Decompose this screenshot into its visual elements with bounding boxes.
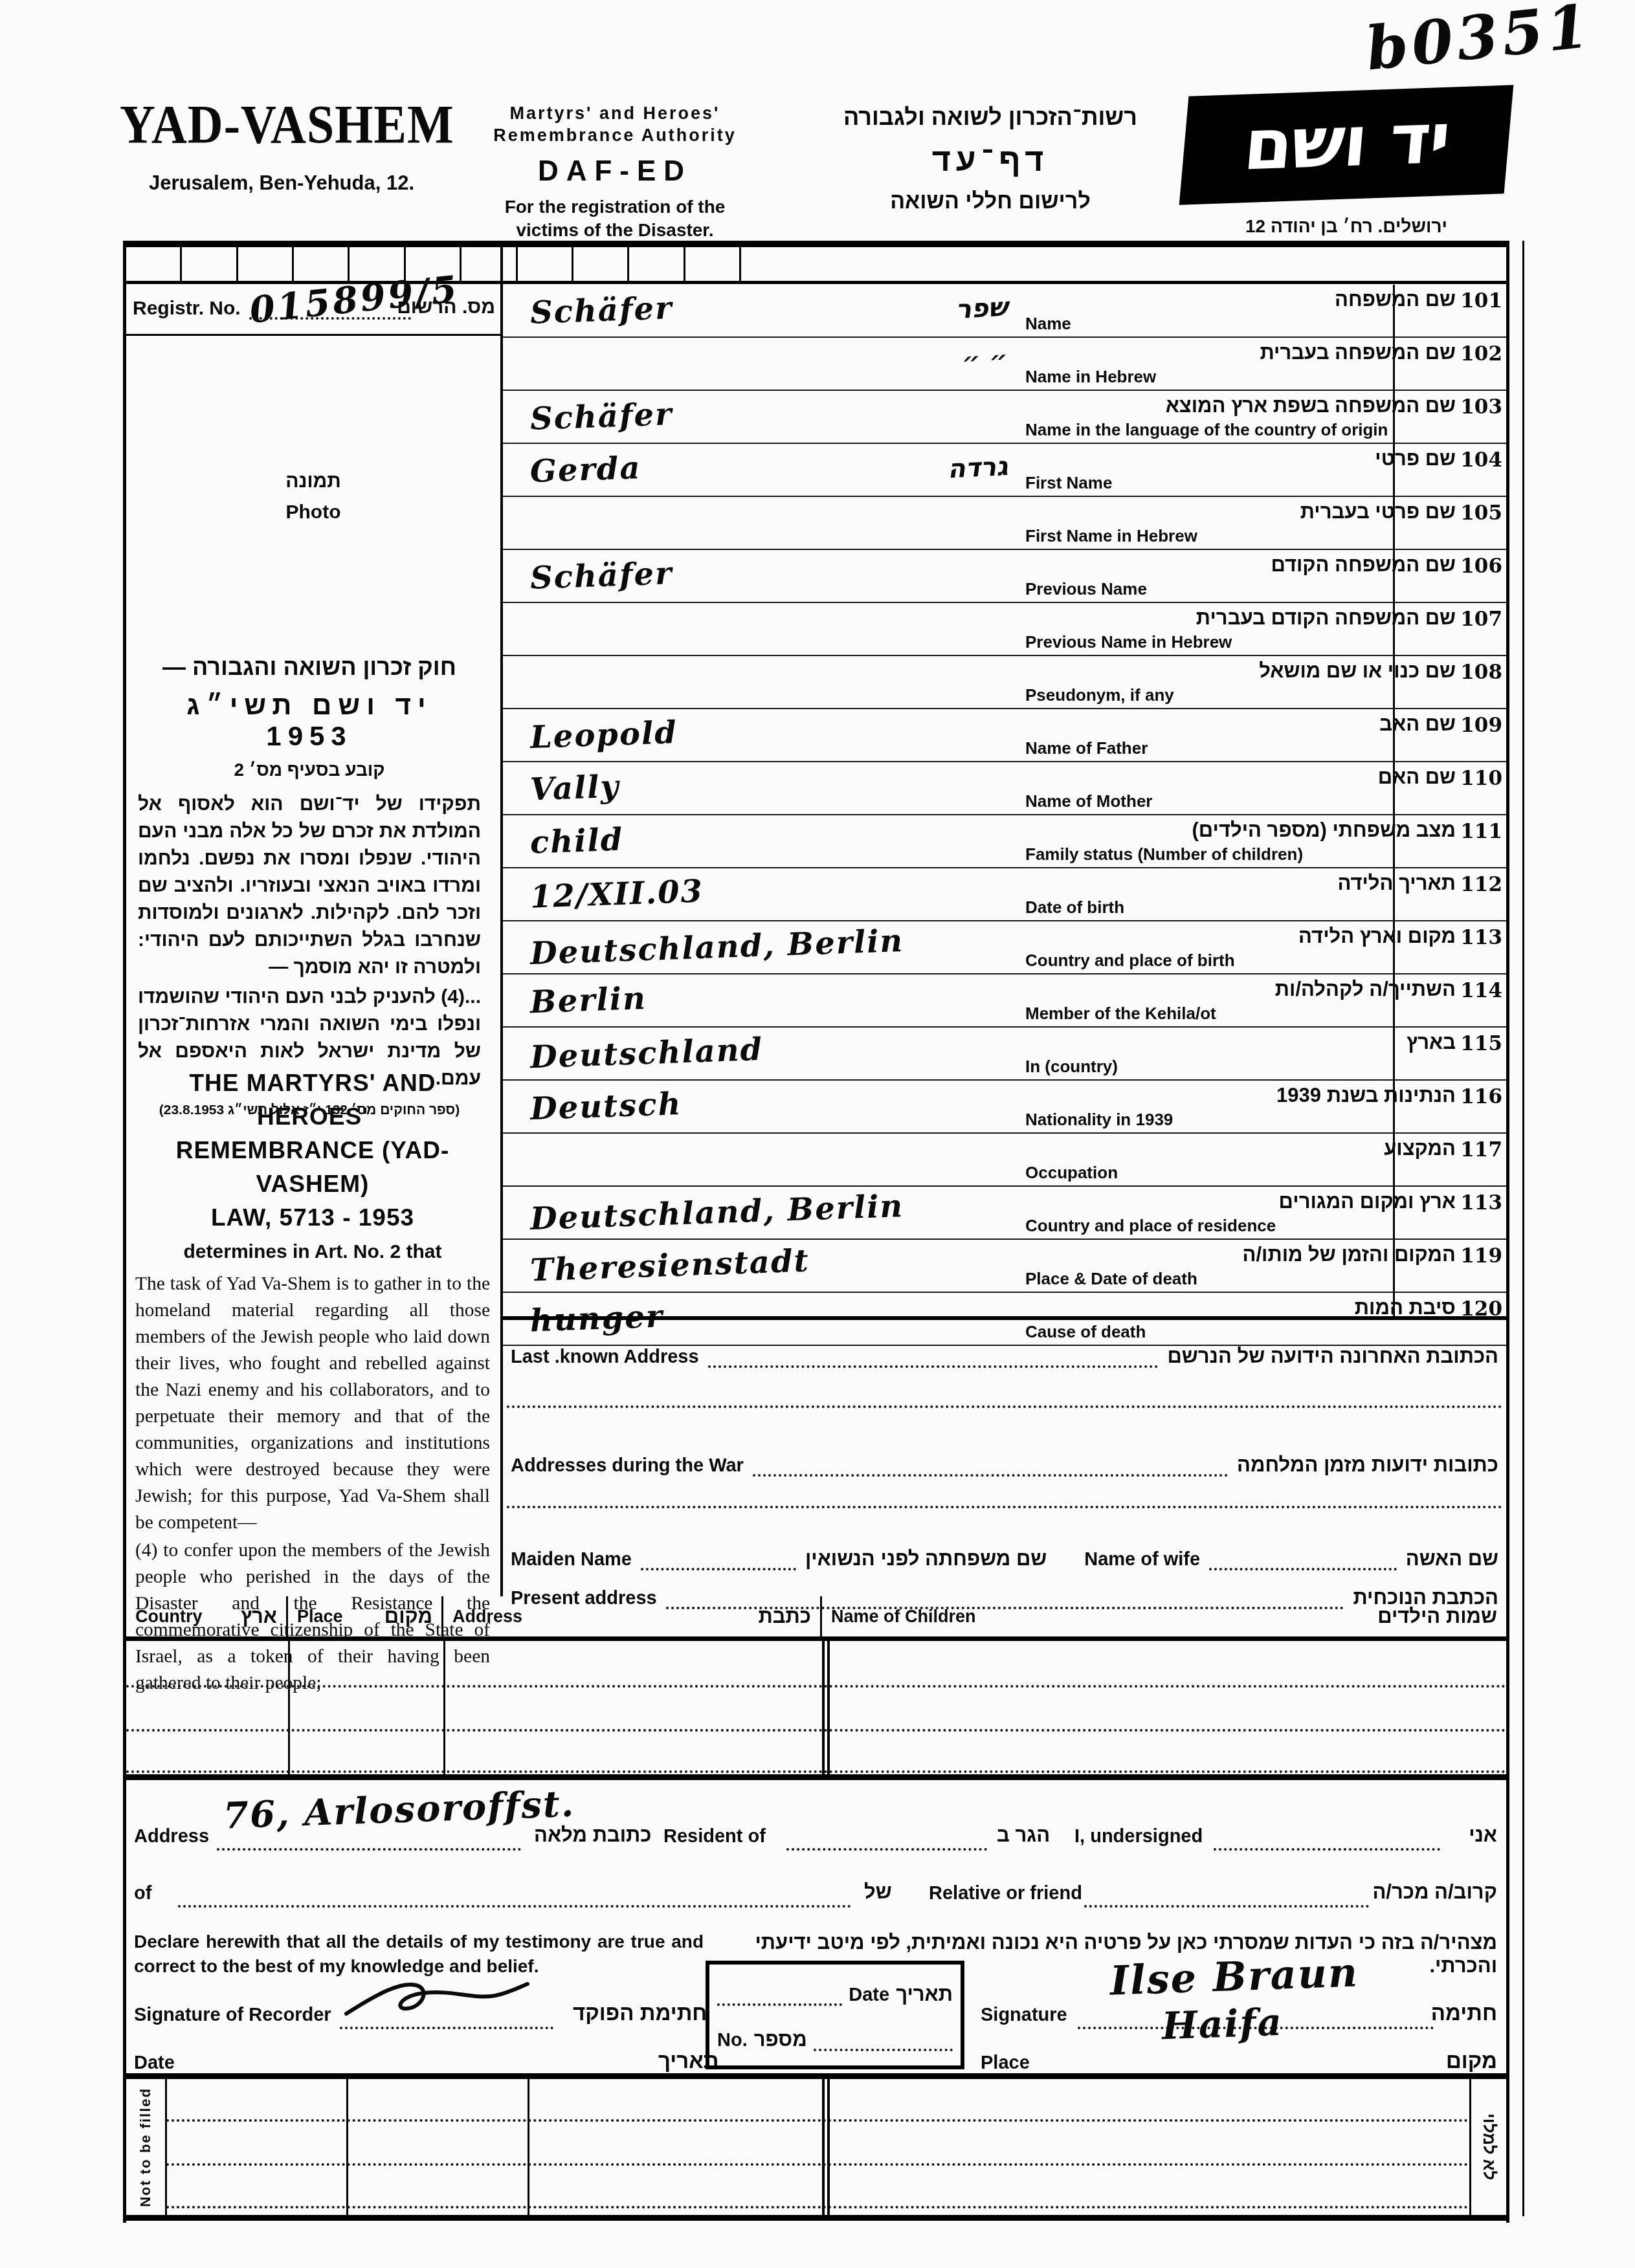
field-label-english: Place & Date of death <box>1025 1269 1197 1289</box>
recorder-date-blank <box>204 2053 651 2076</box>
field-handwritten-value: Theresienstadt <box>529 1242 810 1288</box>
field-label-english: Previous Name in Hebrew <box>1025 632 1232 652</box>
children-column-header-1: Placeמקום <box>288 1596 443 1636</box>
field-label-hebrew: שם המשפחה הקודם <box>1271 553 1456 577</box>
war-addresses-row: Addresses during the War כתובות ידועות מ… <box>503 1438 1506 1477</box>
address-blank <box>217 1826 521 1851</box>
field-number: 111 <box>1460 820 1502 843</box>
field-rows: שם המשפחה101NameSchäferשפרשם המשפחה בעבר… <box>503 285 1506 1346</box>
authority-block-english: Martyrs' and Heroes' Remembrance Authori… <box>466 102 764 242</box>
field-row-117-16: המקצוע117Occupation <box>503 1134 1506 1187</box>
field-number: 101 <box>1460 289 1502 313</box>
field-label-hebrew: בארץ <box>1407 1031 1456 1054</box>
relative-or-friend-label-he: קרוב/ה מכר/ה <box>1372 1880 1497 1904</box>
field-handwritten-value-hebrew: גרדה <box>852 452 1008 489</box>
of-label-he: של <box>864 1880 892 1904</box>
children-column-label-he: מקום <box>384 1605 432 1628</box>
field-handwritten-value: Schäfer <box>529 396 673 437</box>
field-handwritten-value-hebrew <box>852 664 1008 672</box>
field-number: 104 <box>1460 448 1502 472</box>
witness-signature-label-he: חתימה <box>1431 2001 1497 2025</box>
org-block: YAD-VASHEM Jerusalem, Ben-Yehuda, 12. <box>120 97 443 195</box>
field-label-english: Name in the language of the country of o… <box>1025 420 1388 440</box>
office-use-grid: Not to be filled לא למלוי <box>126 2073 1506 2221</box>
recorder-signature-label-en: Signature of Recorder <box>134 2005 331 2026</box>
grid-column-double-line <box>822 2079 830 2215</box>
recorder-date-label-en: Date <box>134 2053 175 2074</box>
field-label-english: Country and place of residence <box>1025 1216 1276 1236</box>
divider <box>126 1774 1506 1780</box>
place-handwritten-value: Haifa <box>1161 2000 1284 2048</box>
recorder-signature-label-he: חתימת הפוקד <box>573 2001 707 2025</box>
field-handwritten-value: Deutschland <box>529 1031 764 1076</box>
address-label-en: Address <box>134 1826 209 1847</box>
resident-of-label-he: הגר ב <box>997 1823 1050 1847</box>
outer-border-line <box>1522 241 1524 2216</box>
field-handwritten-value-hebrew <box>852 1141 1008 1150</box>
field-label-hebrew: מצב משפחתי (מספר הילדים) <box>1192 819 1456 842</box>
law-he-title2: יד ושם תשי״ג 1953 <box>138 690 481 752</box>
children-column-label-en: Address <box>452 1607 522 1627</box>
children-column-header-3: Name of Childrenשמות הילדים <box>822 1596 1506 1636</box>
field-handwritten-value: Berlin <box>529 980 647 1020</box>
children-column-label-en: Country <box>135 1607 203 1627</box>
yad-vashem-logo-block: יד ושם ירושלים. רח׳ בן יהודה 12 <box>1185 91 1508 247</box>
authority-hebrew: רשות־הזכרון לשואה ולגבורה <box>809 104 1172 131</box>
field-label-hebrew: מקום וארץ הלידה <box>1298 925 1456 948</box>
field-number: 103 <box>1460 395 1502 419</box>
divider <box>126 1636 1506 1641</box>
last-known-address-label-he: הכתובת האחרונה הידועה של הנרשם <box>1167 1345 1498 1368</box>
field-number: 115 <box>1460 1032 1502 1055</box>
purpose-line2: victims of the Disaster. <box>466 219 764 242</box>
org-name: YAD-VASHEM <box>120 94 443 157</box>
children-column-double-line <box>822 1641 830 1774</box>
field-label-english: Country and place of birth <box>1025 951 1235 971</box>
witness-signature-label-en: Signature <box>981 2005 1067 2026</box>
children-row-line <box>126 1770 1506 1773</box>
grid-row-line <box>166 2163 1469 2166</box>
undersigned-label-en: I, undersigned <box>1074 1826 1203 1847</box>
form-code-english: DAF-ED <box>466 155 764 188</box>
field-label-english: In (country) <box>1025 1057 1118 1077</box>
last-known-address-row: Last .known Address הכתובת האחרונה הידוע… <box>503 1329 1506 1368</box>
office-date-label-en: Date <box>849 1985 889 2006</box>
field-row-113-12: מקום וארץ הלידה113Country and place of b… <box>503 921 1506 974</box>
org-address: Jerusalem, Ben-Yehuda, 12. <box>120 171 443 195</box>
field-row-113-17: ארץ ומקום המגורים113Country and place of… <box>503 1187 1506 1240</box>
authority-line2: Remembrance Authority <box>466 124 764 146</box>
field-label-english: Family status (Number of children) <box>1025 844 1303 864</box>
field-label-hebrew: השתייך/ה לקהלה/ות <box>1275 978 1456 1001</box>
place-label-en: Place <box>981 2053 1030 2074</box>
field-label-hebrew: שם המשפחה הקודם בעברית <box>1196 606 1456 630</box>
field-number: 113 <box>1460 926 1502 949</box>
law-en-title1: THE MARTYRS' AND HEROES' <box>135 1066 490 1134</box>
place-blank <box>1065 2053 1434 2076</box>
office-date-blank <box>717 1981 842 2006</box>
witness-signature-handwritten: Ilse Braun <box>1109 1948 1359 2004</box>
divider <box>503 1316 1506 1320</box>
field-label-hebrew: המקום והזמן של מותו/ה <box>1242 1243 1456 1266</box>
maiden-name-label-he: שם משפחתה לפני הנשואין <box>805 1547 1047 1570</box>
children-column-line <box>288 1641 290 1774</box>
field-handwritten-value-hebrew <box>852 1088 1008 1097</box>
field-handwritten-value: child <box>529 822 624 861</box>
field-handwritten-value: Deutsch <box>529 1086 682 1127</box>
children-column-label-he: כתבת <box>759 1605 812 1628</box>
maiden-name-label-en: Maiden Name <box>511 1549 632 1570</box>
corner-handwritten-number: b0351 <box>1363 0 1635 84</box>
field-label-hebrew: שם המשפחה <box>1335 288 1456 311</box>
law-he-subtitle: קובע בסעיף מס׳ 2 <box>138 760 481 780</box>
not-to-be-filled-label-en: Not to be filled <box>137 2087 154 2207</box>
photo-box: תמונה Photo <box>126 470 500 523</box>
office-no-blank <box>814 2027 953 2051</box>
photo-label-hebrew: תמונה <box>126 470 500 492</box>
last-known-address-label-en: Last .known Address <box>511 1347 699 1368</box>
field-label-english: First Name in Hebrew <box>1025 526 1197 546</box>
testimony-form: Registr. No. מס. הרשום 015899/5 תמונה Ph… <box>123 241 1509 2223</box>
law-he-title1: חוק זכרון השואה והגבורה — <box>138 654 481 681</box>
field-label-hebrew: שם פרטי <box>1375 447 1456 470</box>
field-label-hebrew: שם כנוי או שם מושאל <box>1259 659 1456 683</box>
field-handwritten-value-hebrew <box>852 1301 1008 1309</box>
field-number: 106 <box>1460 555 1502 578</box>
field-handwritten-value-hebrew <box>852 1248 1008 1256</box>
field-handwritten-value: Deutschland, Berlin <box>529 1188 904 1237</box>
field-handwritten-value-hebrew: שפר <box>852 292 1008 330</box>
undersigned-blank <box>1214 1826 1440 1851</box>
recorder-signature-blank <box>340 2005 553 2029</box>
place-label-he: מקום <box>1446 2049 1497 2073</box>
field-number: 107 <box>1460 608 1502 631</box>
yad-vashem-logo: יד ושם <box>1179 85 1514 204</box>
field-row-112-11: תאריך הלידה112Date of birth12/XII.03 <box>503 868 1506 921</box>
not-to-be-filled-cell-he: לא למלוי <box>1469 2079 1506 2215</box>
children-column-header-2: Addressכתבת <box>443 1596 822 1636</box>
war-addresses-label-he: כתובות ידועות מזמן המלחמה <box>1237 1453 1498 1477</box>
field-handwritten-value: Vally <box>529 769 620 808</box>
purpose-line1: For the registration of the <box>466 195 764 219</box>
of-label-en: of <box>134 1883 151 1904</box>
maiden-name-blank <box>641 1543 796 1570</box>
field-row-103-2: שם המשפחה בשפת ארץ המוצא103Name in the l… <box>503 391 1506 444</box>
wife-name-label-en: Name of wife <box>1084 1549 1200 1570</box>
field-label-hebrew: הנתינות בשנת 1939 <box>1276 1084 1456 1107</box>
office-no-label-he: מספר <box>754 2028 807 2051</box>
field-number: 114 <box>1460 979 1502 1002</box>
field-handwritten-value-hebrew <box>852 770 1008 778</box>
field-handwritten-value-hebrew <box>852 558 1008 566</box>
registration-number-handwritten: 015899/5 <box>247 267 461 332</box>
children-row-line <box>126 1729 1506 1732</box>
field-number: 109 <box>1460 714 1502 737</box>
field-number: 102 <box>1460 342 1502 366</box>
field-label-hebrew: שם האם <box>1378 765 1456 789</box>
law-text-hebrew: חוק זכרון השואה והגבורה — יד ושם תשי״ג 1… <box>138 654 481 1118</box>
field-row-114-13: השתייך/ה לקהלה/ות114Member of the Kehila… <box>503 974 1506 1028</box>
children-column-line <box>443 1641 445 1774</box>
field-row-102-1: שם המשפחה בעברית102Name in Hebrew״ ״ <box>503 338 1506 391</box>
relative-or-friend-label-en: Relative or friend <box>929 1883 1082 1904</box>
left-column: Registr. No. מס. הרשום 015899/5 תמונה Ph… <box>126 247 503 1596</box>
field-number: 105 <box>1460 501 1502 525</box>
maiden-name-row: Maiden Name שם משפחתה לפני הנשואין Name … <box>503 1532 1506 1570</box>
field-row-107-6: שם המשפחה הקודם בעברית107Previous Name i… <box>503 603 1506 656</box>
office-no-label-en: No. <box>717 2030 748 2051</box>
field-label-hebrew: ארץ ומקום המגורים <box>1279 1190 1456 1213</box>
field-label-english: First Name <box>1025 473 1112 493</box>
photo-label-english: Photo <box>126 501 500 523</box>
field-label-english: Name <box>1025 314 1071 334</box>
field-label-english: Pseudonym, if any <box>1025 685 1174 705</box>
address-label-he: כתובת מלאה <box>534 1823 652 1847</box>
wife-name-label-he: שם האשה <box>1406 1547 1498 1570</box>
field-label-hebrew: שם האב <box>1379 712 1456 736</box>
purpose-hebrew: לרישום חללי השואה <box>809 189 1172 214</box>
field-number: 108 <box>1460 661 1502 684</box>
field-handwritten-value-hebrew <box>852 982 1008 991</box>
field-label-english: Name of Mother <box>1025 791 1152 811</box>
field-row-101-0: שם המשפחה101NameSchäferשפר <box>503 285 1506 338</box>
field-label-english: Name of Father <box>1025 738 1148 758</box>
grid-row-line <box>166 2206 1469 2208</box>
children-column-label-he: שמות הילדים <box>1377 1605 1497 1628</box>
field-row-116-15: הנתינות בשנת 1939116Nationality in 1939D… <box>503 1081 1506 1134</box>
field-label-hebrew: שם פרטי בעברית <box>1300 500 1456 523</box>
field-number: 110 <box>1460 767 1502 790</box>
war-addresses-label-en: Addresses during the War <box>511 1455 744 1477</box>
declaration-statement-en: Declare herewith that all the details of… <box>134 1930 704 1979</box>
field-label-hebrew: המקצוע <box>1384 1137 1456 1160</box>
registration-label-en: Registr. No. <box>133 298 241 320</box>
law-en-title2: REMEMBRANCE (YAD-VASHEM) <box>135 1134 490 1201</box>
field-label-english: Name in Hebrew <box>1025 367 1156 387</box>
field-label-hebrew: שם המשפחה בשפת ארץ המוצא <box>1166 394 1456 417</box>
field-handwritten-value-hebrew <box>852 823 1008 831</box>
children-column-label-he: ארץ <box>241 1605 277 1628</box>
field-number: 119 <box>1460 1244 1502 1268</box>
field-label-english: Occupation <box>1025 1163 1118 1183</box>
law-en-subtitle: determines in Art. No. 2 that <box>135 1241 490 1263</box>
field-handwritten-value: Schäfer <box>529 555 673 597</box>
field-handwritten-value-hebrew <box>852 717 1008 725</box>
office-date-label-he: תאריך <box>896 1983 953 2006</box>
field-handwritten-value-hebrew: ״ ״ <box>852 346 1008 383</box>
grid-row-line <box>166 2119 1469 2122</box>
resident-of-label-en: Resident of <box>663 1826 766 1847</box>
field-handwritten-value-hebrew <box>852 876 1008 885</box>
wife-name-blank <box>1209 1543 1397 1570</box>
field-row-119-18: המקום והזמן של מותו/ה119Place & Date of … <box>503 1240 1506 1293</box>
law-en-title3: LAW, 5713 - 1953 <box>135 1201 490 1235</box>
field-label-english: Member of the Kehila/ot <box>1025 1004 1216 1024</box>
field-label-hebrew: שם המשפחה בעברית <box>1260 341 1456 364</box>
resident-of-blank <box>786 1826 987 1851</box>
field-row-108-7: שם כנוי או שם מושאל108Pseudonym, if any <box>503 656 1506 709</box>
relative-or-friend-blank <box>1084 1883 1369 1908</box>
authority-block-hebrew: רשות־הזכרון לשואה ולגבורה דף־עד לרישום ח… <box>809 104 1172 214</box>
field-label-english: Previous Name <box>1025 579 1147 599</box>
field-row-110-9: שם האם110Name of MotherVally <box>503 762 1506 815</box>
field-label-english: Date of birth <box>1025 897 1124 918</box>
field-number: 116 <box>1460 1085 1502 1108</box>
registration-row: Registr. No. מס. הרשום 015899/5 <box>126 287 500 336</box>
undersigned-label-he: אני <box>1469 1823 1497 1847</box>
field-handwritten-value-hebrew <box>852 1035 1008 1044</box>
not-to-be-filled-cell-en: Not to be filled <box>126 2079 167 2215</box>
of-blank <box>178 1883 851 1908</box>
field-handwritten-value-hebrew <box>852 505 1008 513</box>
field-handwritten-value: 12/XII.03 <box>529 873 704 915</box>
field-row-109-8: שם האב109Name of FatherLeopold <box>503 709 1506 762</box>
field-handwritten-value: Gerda <box>529 450 641 490</box>
field-label-hebrew: תאריך הלידה <box>1337 872 1456 895</box>
law-he-body: תפקידו של יד־ושם הוא לאסוף אל המולדת את … <box>138 791 481 981</box>
children-column-label-en: Name of Children <box>831 1607 976 1627</box>
field-handwritten-value: Leopold <box>529 714 678 756</box>
children-column-label-en: Place <box>297 1607 343 1627</box>
grid-column-line <box>346 2079 348 2215</box>
war-addresses-blank <box>753 1449 1228 1477</box>
field-row-111-10: מצב משפחתי (מספר הילדים)111Family status… <box>503 815 1506 868</box>
field-handwritten-value-hebrew <box>852 611 1008 619</box>
field-handwritten-value-hebrew <box>852 399 1008 407</box>
children-row-line <box>126 1685 1506 1688</box>
field-handwritten-value: Deutschland, Berlin <box>529 923 904 972</box>
field-label-english: Nationality in 1939 <box>1025 1110 1173 1130</box>
form-code-hebrew: דף־עד <box>809 141 1172 179</box>
field-row-105-4: שם פרטי בעברית105First Name in Hebrew <box>503 497 1506 550</box>
field-number: 117 <box>1460 1138 1502 1162</box>
blank-dotted-line <box>503 1405 1506 1409</box>
field-handwritten-value: Schäfer <box>529 290 673 331</box>
grid-column-line <box>528 2079 529 2215</box>
last-known-address-blank <box>708 1341 1159 1368</box>
authority-line1: Martyrs' and Heroes' <box>466 102 764 124</box>
office-date-number-box: Date תאריך No. מספר <box>706 1961 964 2069</box>
field-row-106-5: שם המשפחה הקודם106Previous NameSchäfer <box>503 550 1506 603</box>
law-en-body: The task of Yad Va-Shem is to gather in … <box>135 1271 490 1536</box>
field-number: 112 <box>1460 873 1502 896</box>
blank-dotted-line <box>503 1506 1506 1510</box>
not-to-be-filled-label-he: לא למלוי <box>1479 2113 1499 2180</box>
children-column-header-0: Countryארץ <box>126 1596 288 1636</box>
field-row-104-3: שם פרטי104First NameGerdaגרדה <box>503 444 1506 497</box>
field-row-115-14: בארץ115In (country)Deutschland <box>503 1028 1506 1081</box>
field-number: 113 <box>1460 1191 1502 1215</box>
children-table-header: CountryארץPlaceמקוםAddressכתבתName of Ch… <box>126 1596 1506 1636</box>
